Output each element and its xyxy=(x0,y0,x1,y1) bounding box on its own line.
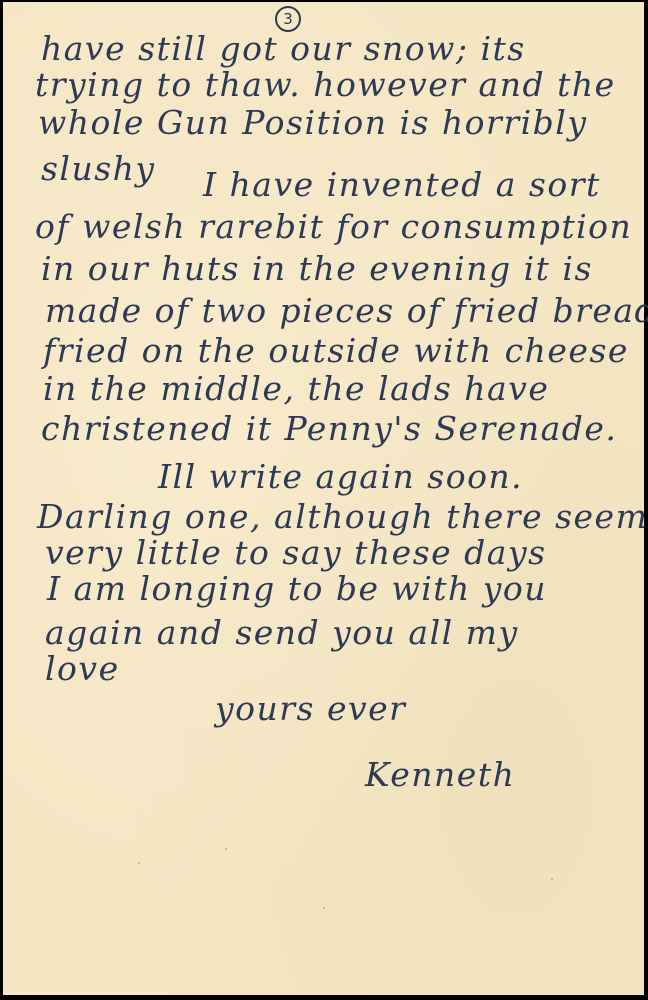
letter-line-1: have still got our snow; its xyxy=(41,32,526,65)
letter-line-12: Ill write again soon. xyxy=(158,460,523,493)
letter-line-13: Darling one, although there seems xyxy=(37,500,648,533)
paper-speck xyxy=(551,878,553,880)
letter-line-3: whole Gun Position is horribly xyxy=(38,106,587,139)
letter-line-2: trying to thaw. however and the xyxy=(35,68,616,101)
letter-line-14: very little to say these days xyxy=(45,536,547,569)
letter-line-8: made of two pieces of fried bread xyxy=(45,294,648,327)
paper-speck xyxy=(243,308,245,310)
letter-line-16: again and send you all my xyxy=(45,616,519,649)
paper-speck xyxy=(323,907,325,909)
letter-page: 3 have still got our snow; its trying to… xyxy=(3,2,644,995)
letter-signature: Kenneth xyxy=(365,758,515,791)
letter-line-4: slushy xyxy=(41,152,156,185)
letter-line-15: I am longing to be with you xyxy=(47,572,547,605)
letter-line-11: christened it Penny's Serenade. xyxy=(41,412,617,445)
letter-line-17: love xyxy=(45,652,120,685)
paper-speck xyxy=(138,862,140,864)
letter-line-5: I have invented a sort xyxy=(203,168,601,201)
letter-closing: yours ever xyxy=(215,692,406,725)
letter-line-10: in the middle, the lads have xyxy=(43,372,549,405)
paper-speck xyxy=(225,848,227,850)
letter-line-7: in our huts in the evening it is xyxy=(41,252,593,285)
letter-line-6: of welsh rarebit for consumption xyxy=(35,210,632,243)
letter-line-9: fried on the outside with cheese xyxy=(43,334,629,367)
